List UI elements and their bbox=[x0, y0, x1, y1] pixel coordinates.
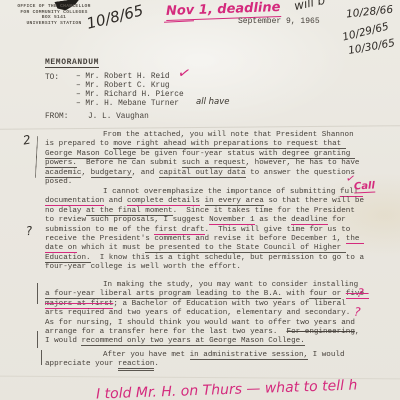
text-segment: be given four-year status bbox=[136, 150, 259, 158]
recipient-list: – Mr. Robert H. Reid – Mr. Robert C. Kru… bbox=[76, 73, 184, 109]
text-segment: Before he can submit bbox=[77, 159, 182, 167]
text-segment: such a request bbox=[182, 159, 246, 168]
paper-crease bbox=[0, 125, 400, 130]
text-segment: , bbox=[81, 169, 90, 177]
check-mark-after-reid: ✓ bbox=[176, 63, 193, 84]
text-segment: with bbox=[282, 290, 309, 298]
checkoff-dash: – bbox=[76, 73, 81, 81]
recipient-row: – Mr. H. Mebane Turner bbox=[76, 100, 184, 109]
text-segment: in every area bbox=[205, 197, 264, 206]
text-segment: November 1 bbox=[209, 216, 255, 225]
corner-handwriting: will b bbox=[293, 0, 326, 13]
recipient-row: – Mr. Richard H. Pierce bbox=[76, 91, 184, 100]
margin-bar-3 bbox=[41, 350, 42, 365]
recipient-row: – Mr. Robert H. Reid bbox=[76, 73, 184, 82]
recipient-name: Mr. Robert H. Reid bbox=[85, 73, 169, 81]
margin-number-annotation: 2 bbox=[22, 132, 32, 147]
text-segment: I cannot overemphasize the importance of… bbox=[103, 188, 340, 196]
margin-bar-1 bbox=[37, 283, 38, 304]
to-label: TO: bbox=[45, 74, 59, 82]
text-segment: four or bbox=[309, 290, 341, 299]
text-segment: first draft bbox=[154, 226, 204, 235]
call-annotation: Call bbox=[354, 180, 376, 193]
from-name: J. L. Vaughan bbox=[88, 113, 149, 121]
paragraph-1: From the attached, you will note that Pr… bbox=[45, 131, 367, 187]
text-segment: capital outlay data bbox=[159, 169, 246, 178]
memo-document: OFFICE OF THE CHANCELLOR FOR COMMUNITY C… bbox=[0, 0, 400, 400]
pencil-question-mark: ? bbox=[25, 224, 33, 239]
text-segment: complete details bbox=[127, 197, 200, 206]
recipient-name: Mr. Robert C. Krug bbox=[85, 82, 169, 90]
letterhead-line: UNIVERSITY STATION bbox=[16, 21, 92, 27]
text-segment: , and bbox=[132, 169, 159, 177]
checkoff-dash: – bbox=[76, 91, 81, 99]
memo-title: MEMORANDUM bbox=[45, 58, 99, 68]
text-segment: which it must bbox=[77, 244, 145, 252]
text-segment: After you have met bbox=[103, 351, 190, 359]
memo-date: September 9, 1965 bbox=[238, 17, 320, 26]
text-segment bbox=[200, 197, 205, 205]
text-segment: , however, he has to have bbox=[246, 159, 364, 167]
letterhead: OFFICE OF THE CHANCELLOR FOR COMMUNITY C… bbox=[16, 4, 92, 26]
text-segment: academic bbox=[45, 169, 81, 178]
checkoff-dash: – bbox=[76, 82, 81, 90]
text-segment: . bbox=[154, 360, 159, 368]
checkoff-dash: – bbox=[76, 100, 81, 108]
text-segment: recommend only two years at George Mason… bbox=[81, 337, 304, 346]
text-segment: and bbox=[104, 197, 127, 205]
letterhead-line: OFFICE OF THE CHANCELLOR bbox=[16, 4, 92, 10]
text-segment: budgetary bbox=[91, 169, 132, 178]
from-label: FROM: bbox=[45, 113, 68, 121]
margin-bracket bbox=[35, 136, 38, 178]
paragraph-2: I cannot overemphasize the importance of… bbox=[45, 188, 367, 273]
text-segment: reaction bbox=[118, 360, 154, 371]
text-segment: as the bbox=[255, 216, 291, 224]
handwritten-date-stamp: 10/8/65 bbox=[85, 1, 145, 32]
margin-bar-2 bbox=[37, 331, 38, 348]
text-segment: deadline bbox=[291, 216, 327, 225]
recipient-name: Mr. Richard H. Pierce bbox=[85, 91, 183, 99]
bottom-handwriting-illegible: I told Mr. H. on Thurs — what to tell h bbox=[96, 377, 358, 400]
text-segment: For engineering bbox=[287, 328, 355, 336]
corner-date-1: 10/28/66 bbox=[346, 4, 394, 21]
recipient-row: – Mr. Robert C. Krug bbox=[76, 82, 184, 91]
text-segment: In making the study, you may want to con… bbox=[103, 281, 363, 289]
paragraph-3: In making the study, you may want to con… bbox=[45, 281, 367, 347]
text-segment: in administrative session, bbox=[190, 351, 308, 360]
text-segment: a four-year liberal arts program leading… bbox=[45, 290, 282, 299]
paragraph-4: After you have met in administrative ses… bbox=[45, 351, 367, 370]
recipient-name: Mr. H. Mebane Turner bbox=[85, 100, 179, 108]
all-have-annotation: all have bbox=[196, 97, 230, 107]
text-segment: at the final moment bbox=[86, 207, 173, 216]
text-segment: I know this is a tight schedule, but per… bbox=[45, 254, 369, 271]
deadline-underline-stroke bbox=[164, 20, 194, 23]
